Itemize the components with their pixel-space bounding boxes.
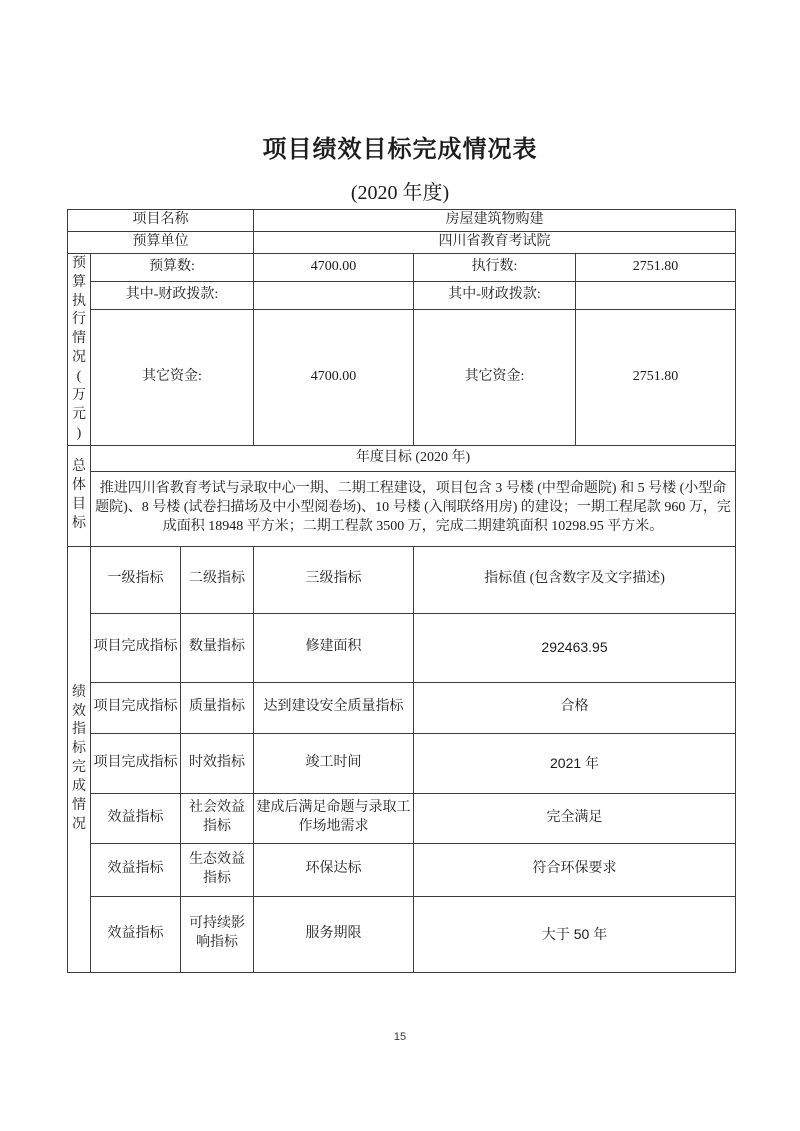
execution-number-label: 执行数: [414,253,576,282]
fiscal-appropriation-right-label: 其中-财政拨款: [414,282,576,309]
indicator-level1-cell: 项目完成指标 [91,733,181,793]
indicator-value-cell: 大于 50 年 [414,896,736,972]
indicator-row-timeliness: 项目完成指标 时效指标 竣工时间 2021 年 [68,733,736,793]
indicator-value-cell: 2021 年 [414,733,736,793]
page-title: 项目绩效目标完成情况表 [0,129,800,164]
budget-number-label: 预算数: [91,253,254,282]
fiscal-appropriation-right-value [576,282,736,309]
indicator-value-cell: 合格 [414,682,736,733]
page-number: 15 [0,1031,800,1043]
annual-goal-header-row: 总体目标 年度目标 (2020 年) [68,445,736,471]
indicator-row-sustainability: 效益指标 可持续影响指标 服务期限 大于 50 年 [68,896,736,972]
project-name-value: 房屋建筑物购建 [254,210,736,232]
indicator-level2-cell: 质量指标 [181,682,254,733]
indicator-level3-cell: 修建面积 [254,613,414,682]
fiscal-appropriation-row: 其中-财政拨款: 其中-财政拨款: [68,282,736,309]
document-page: 项目绩效目标完成情况表 (2020 年度) 项目名称 房屋建筑物购建 预算单位 … [0,0,800,1131]
fiscal-appropriation-left-label: 其中-财政拨款: [91,282,254,309]
budget-section-side-label: 预算执行情况(万元) [68,253,91,445]
indicator-header-level1: 一级指标 [91,546,181,613]
budget-unit-row: 预算单位 四川省教育考试院 [68,231,736,253]
other-funds-left-value: 4700.00 [254,309,414,445]
indicator-value-cell: 292463.95 [414,613,736,682]
page-subtitle: (2020 年度) [0,176,800,205]
other-funds-row: 其它资金: 4700.00 其它资金: 2751.80 [68,309,736,445]
indicator-level2-cell: 可持续影响指标 [181,896,254,972]
budget-number-value: 4700.00 [254,253,414,282]
indicator-level3-cell: 建成后满足命题与录取工作场地需求 [254,793,414,843]
indicator-level3-cell: 竣工时间 [254,733,414,793]
indicator-level3-cell: 环保达标 [254,843,414,896]
indicator-level1-cell: 项目完成指标 [91,682,181,733]
execution-number-value: 2751.80 [576,253,736,282]
indicator-row-social-benefit: 效益指标 社会效益指标 建成后满足命题与录取工作场地需求 完全满足 [68,793,736,843]
indicator-level2-cell: 社会效益指标 [181,793,254,843]
other-funds-left-label: 其它资金: [91,309,254,445]
budget-number-row: 预算执行情况(万元) 预算数: 4700.00 执行数: 2751.80 [68,253,736,282]
indicator-level1-cell: 效益指标 [91,793,181,843]
project-name-label: 项目名称 [68,210,254,232]
indicator-header-level3: 三级指标 [254,546,414,613]
indicator-level3-cell: 达到建设安全质量指标 [254,682,414,733]
indicator-level1-cell: 项目完成指标 [91,613,181,682]
performance-section-side-label: 绩效指标完成情况 [68,546,91,972]
indicator-level2-cell: 时效指标 [181,733,254,793]
annual-goal-text-row: 推进四川省教育考试与录取中心一期、二期工程建设，项目包含 3 号楼 (中型命题院… [68,471,736,546]
indicator-header-value: 指标值 (包含数字及文字描述) [414,546,736,613]
indicator-level1-cell: 效益指标 [91,843,181,896]
indicator-header-level2: 二级指标 [181,546,254,613]
indicator-level3-cell: 服务期限 [254,896,414,972]
indicator-level1-cell: 效益指标 [91,896,181,972]
other-funds-right-value: 2751.80 [576,309,736,445]
other-funds-right-label: 其它资金: [414,309,576,445]
indicator-level2-cell: 数量指标 [181,613,254,682]
annual-goal-header: 年度目标 (2020 年) [91,445,736,471]
performance-table: 项目名称 房屋建筑物购建 预算单位 四川省教育考试院 预算执行情况(万元) 预算… [67,209,736,973]
project-name-row: 项目名称 房屋建筑物购建 [68,210,736,232]
overall-goal-side-label: 总体目标 [68,445,91,546]
indicator-row-eco-benefit: 效益指标 生态效益指标 环保达标 符合环保要求 [68,843,736,896]
indicator-value-cell: 完全满足 [414,793,736,843]
indicator-header-row: 绩效指标完成情况 一级指标 二级指标 三级指标 指标值 (包含数字及文字描述) [68,546,736,613]
indicator-row-quantity: 项目完成指标 数量指标 修建面积 292463.95 [68,613,736,682]
indicator-row-quality: 项目完成指标 质量指标 达到建设安全质量指标 合格 [68,682,736,733]
fiscal-appropriation-left-value [254,282,414,309]
budget-unit-value: 四川省教育考试院 [254,231,736,253]
indicator-value-cell: 符合环保要求 [414,843,736,896]
annual-goal-text: 推进四川省教育考试与录取中心一期、二期工程建设，项目包含 3 号楼 (中型命题院… [91,471,736,546]
budget-unit-label: 预算单位 [68,231,254,253]
indicator-level2-cell: 生态效益指标 [181,843,254,896]
